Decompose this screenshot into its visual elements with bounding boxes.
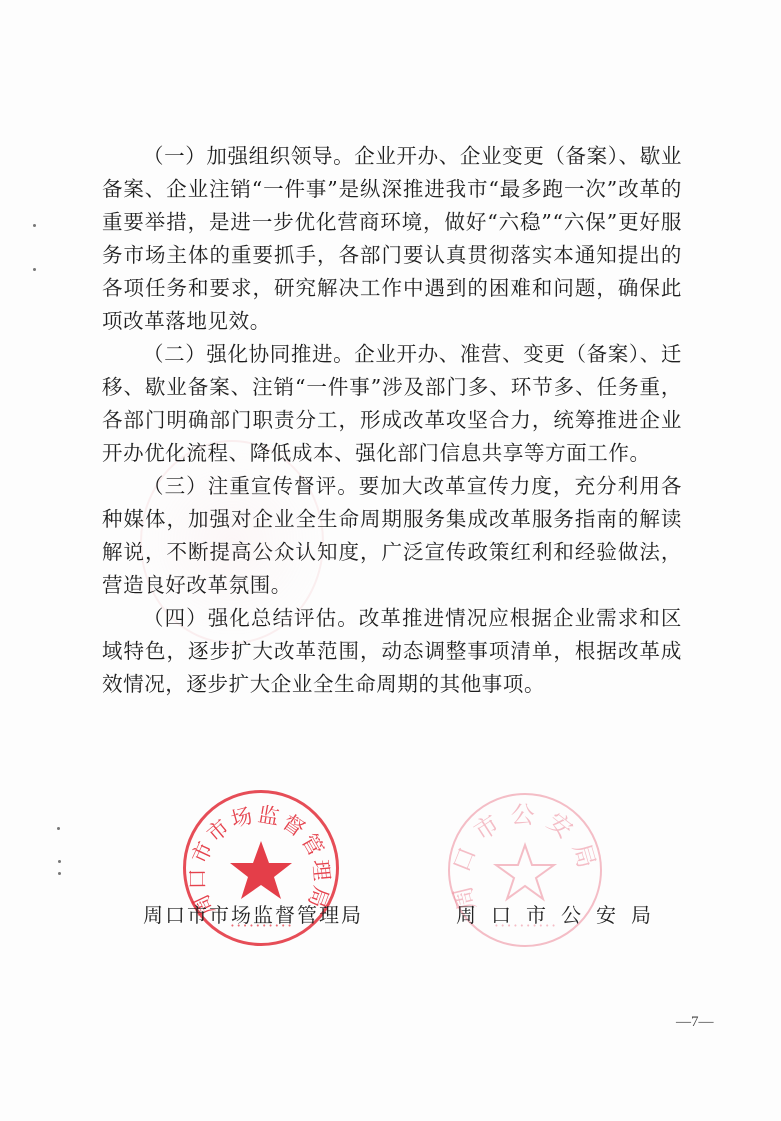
scan-mark (57, 827, 60, 830)
paragraph-2: （二）强化协同推进。企业开办、准营、变更（备案）、迁移、歇业备案、注销“一件事”… (102, 338, 682, 470)
page-number: —7— (676, 1014, 714, 1031)
scan-mark (58, 872, 61, 875)
document-body: （一）加强组织领导。企业开办、企业变更（备案）、歇业备案、企业注销“一件事”是纵… (102, 140, 682, 701)
paragraph-1: （一）加强组织领导。企业开办、企业变更（备案）、歇业备案、企业注销“一件事”是纵… (102, 140, 682, 338)
scan-mark (33, 268, 36, 271)
paragraph-heading: （三）注重宣传督评。 (143, 474, 359, 498)
paragraph-text: 企业开办、企业变更（备案）、歇业备案、企业注销“一件事”是纵深推进我市“最多跑一… (102, 144, 682, 333)
scan-mark (58, 860, 61, 863)
paragraph-heading: （四）强化总结评估。 (143, 606, 359, 630)
signatory-public-security: 周口市公安局 (456, 899, 666, 928)
svg-text:周口市公安局: 周口市公安局 (450, 801, 600, 914)
paragraph-3: （三）注重宣传督评。要加大改革宣传力度，充分利用各种媒体，加强对企业全生命周期服… (102, 470, 682, 602)
scan-mark (33, 224, 36, 227)
signatory-market-supervision: 周口市市场监督管理局 (143, 899, 363, 928)
paragraph-heading: （二）强化协同推进。 (143, 342, 354, 366)
document-page: （一）加强组织领导。企业开办、企业变更（备案）、歇业备案、企业注销“一件事”是纵… (0, 0, 781, 1121)
paragraph-4: （四）强化总结评估。改革推进情况应根据企业需求和区域特色，逐步扩大改革范围，动态… (102, 602, 682, 701)
paragraph-heading: （一）加强组织领导。 (143, 144, 354, 168)
